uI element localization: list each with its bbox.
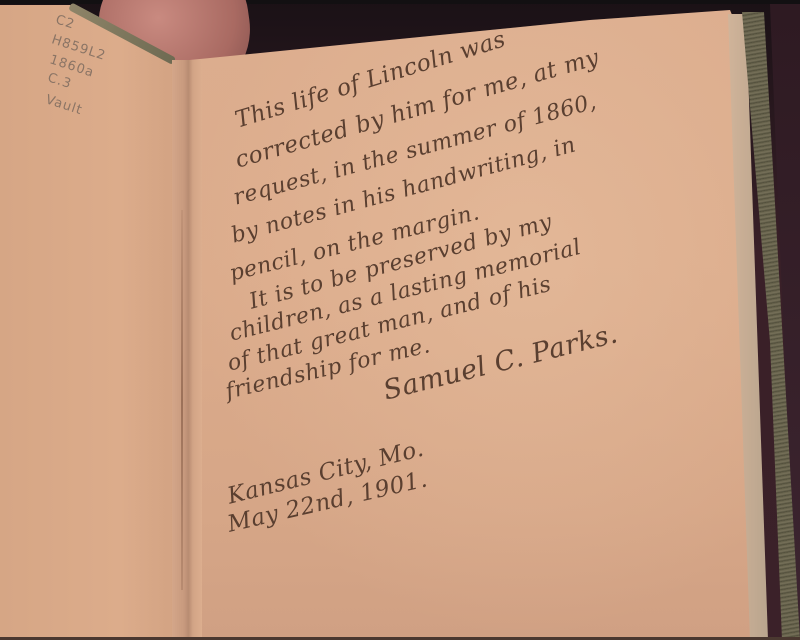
book-gutter <box>172 60 202 640</box>
book-photo: C2 H859L2 1860a C.3 Vault This life of L… <box>0 0 800 640</box>
left-flyleaf-page <box>0 0 200 640</box>
gutter-crease <box>181 210 183 590</box>
